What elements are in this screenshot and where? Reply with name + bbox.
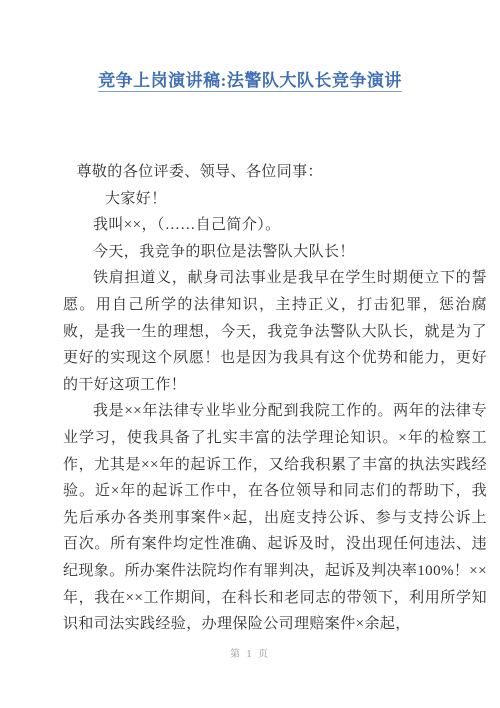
paragraph-hello: 大家好！ xyxy=(63,186,487,213)
document-page: 竞争上岗演讲稿:法警队大队长竞争演讲 尊敬的各位评委、领导、各位同事： 大家好！… xyxy=(0,0,500,708)
page-number-footer: 第 1 页 xyxy=(0,645,500,660)
document-body: 尊敬的各位评委、领导、各位同事： 大家好！ 我叫××，（……自己简介）。 今天，… xyxy=(63,159,487,638)
paragraph-experience: 我是××年法律专业毕业分配到我院工作的。两年的法律专业学习，使我具备了扎实丰富的… xyxy=(63,398,487,637)
paragraph-position: 今天，我竞争的职位是法警队大队长！ xyxy=(63,239,487,266)
paragraph-greeting: 尊敬的各位评委、领导、各位同事： xyxy=(63,159,487,186)
document-title: 竞争上岗演讲稿:法警队大队长竞争演讲 xyxy=(0,66,500,91)
paragraph-self-intro: 我叫××，（……自己简介）。 xyxy=(63,212,487,239)
document-title-text: 竞争上岗演讲稿:法警队大队长竞争演讲 xyxy=(98,71,402,90)
paragraph-motivation: 铁肩担道义，献身司法事业是我早在学生时期便立下的誓愿。用自己所学的法律知识，主持… xyxy=(63,265,487,398)
